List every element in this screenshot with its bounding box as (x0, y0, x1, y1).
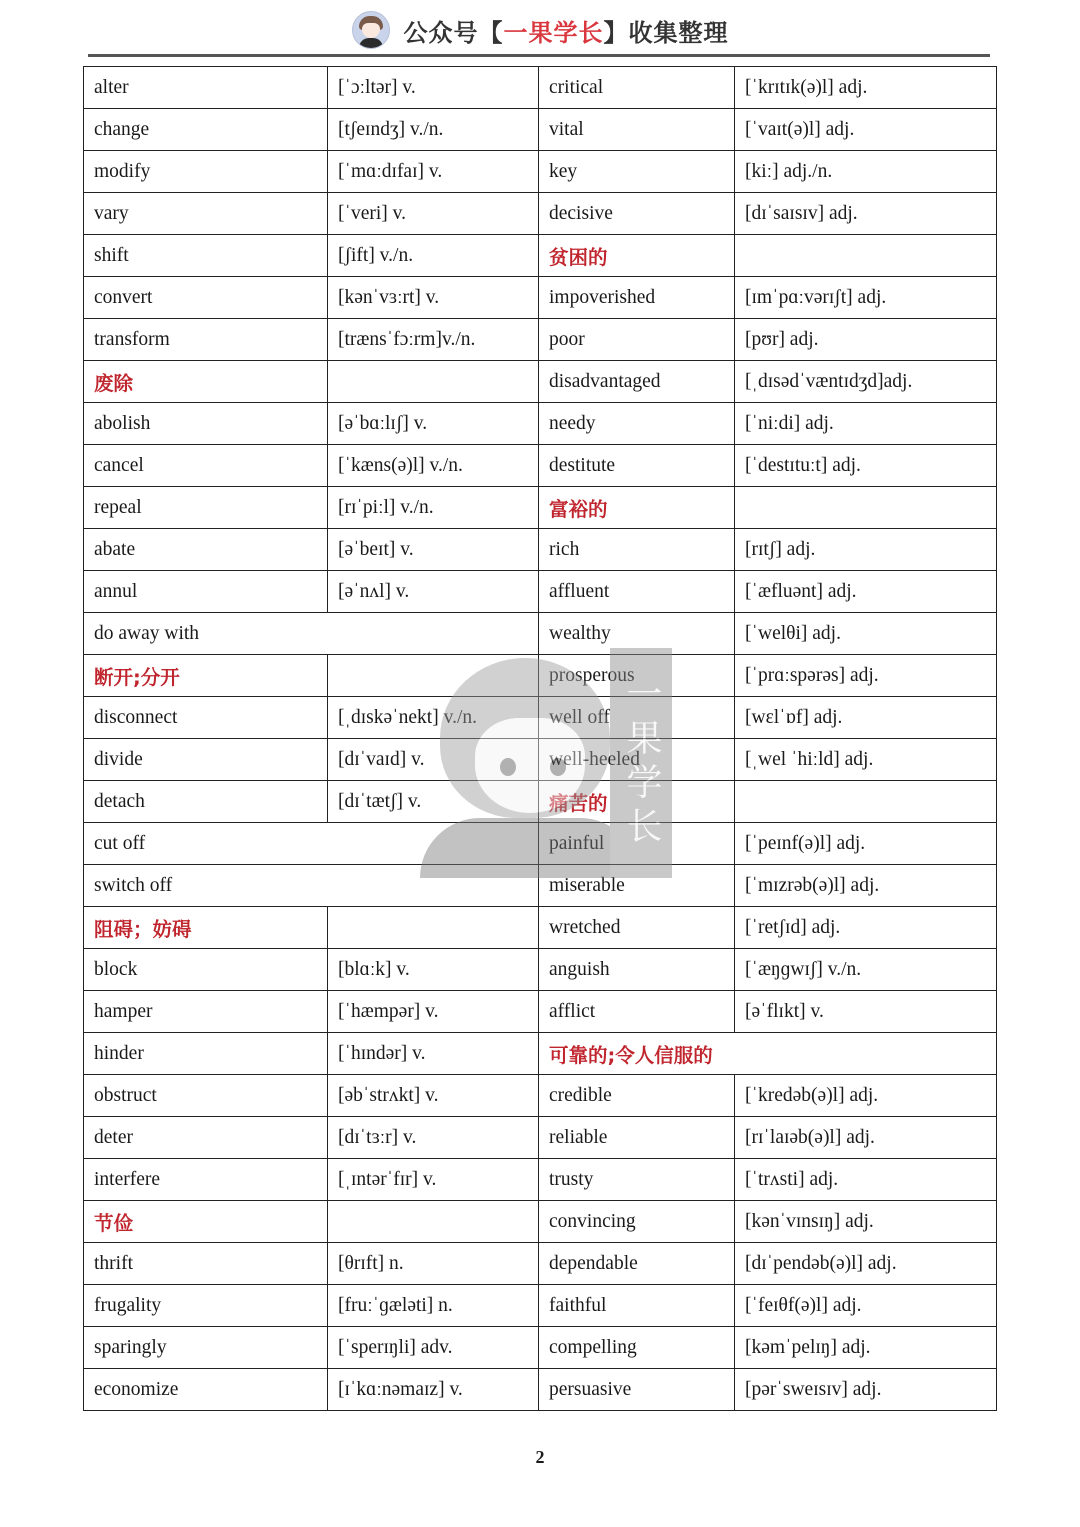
category-heading: 断开;分开 (84, 655, 328, 697)
word-cell: compelling (539, 1327, 735, 1369)
word-cell: anguish (539, 949, 735, 991)
word-cell: thrift (84, 1243, 328, 1285)
phonetic-cell: [trænsˈfɔːrm]v./n. (328, 319, 539, 361)
phonetic-cell: [ˌɪntərˈfɪr] v. (328, 1159, 539, 1201)
word-cell: credible (539, 1075, 735, 1117)
vocabulary-table: alter[ˈɔːltər] v.critical[ˈkrɪtɪk(ə)l] a… (83, 66, 997, 1411)
phonetic-cell: [əˈbɑːlɪʃ] v. (328, 403, 539, 445)
page-number: 2 (0, 1447, 1080, 1468)
word-cell: interfere (84, 1159, 328, 1201)
table-row: 阻碍；妨碍wretched[ˈretʃɪd] adj. (84, 907, 997, 949)
word-cell: rich (539, 529, 735, 571)
word-cell: annul (84, 571, 328, 613)
category-heading: 阻碍；妨碍 (84, 907, 328, 949)
header-title: 公众号【一果学长】收集整理 (404, 13, 729, 48)
table-row: 断开;分开prosperous[ˈprɑːspərəs] adj. (84, 655, 997, 697)
table-row: vary[ˈveri] v.decisive[dɪˈsaɪsɪv] adj. (84, 193, 997, 235)
phonetic-cell: [ˈretʃɪd] adj. (735, 907, 997, 949)
word-cell: abolish (84, 403, 328, 445)
table-row: obstruct[əbˈstrʌkt] v.credible[ˈkredəb(ə… (84, 1075, 997, 1117)
phonetic-cell: [dɪˈvaɪd] v. (328, 739, 539, 781)
phonetic-cell: [dɪˈtætʃ] v. (328, 781, 539, 823)
word-cell: vary (84, 193, 328, 235)
table-row: shift[ʃift] v./n.贫困的 (84, 235, 997, 277)
word-cell: do away with (84, 613, 539, 655)
word-cell: divide (84, 739, 328, 781)
word-cell: obstruct (84, 1075, 328, 1117)
word-cell: critical (539, 67, 735, 109)
word-cell: transform (84, 319, 328, 361)
word-cell: miserable (539, 865, 735, 907)
phonetic-cell: [ˈpeɪnf(ə)l] adj. (735, 823, 997, 865)
category-heading: 废除 (84, 361, 328, 403)
table-row: divide[dɪˈvaɪd] v.well-heeled[ˌwel ˈhiːl… (84, 739, 997, 781)
phonetic-cell: [ˈvaɪt(ə)l] adj. (735, 109, 997, 151)
phonetic-cell (328, 907, 539, 949)
phonetic-cell: [rɪˈlaɪəb(ə)l] adj. (735, 1117, 997, 1159)
word-cell: decisive (539, 193, 735, 235)
phonetic-cell: [ˈæfluənt] adj. (735, 571, 997, 613)
word-cell: sparingly (84, 1327, 328, 1369)
word-cell: wealthy (539, 613, 735, 655)
word-cell: destitute (539, 445, 735, 487)
word-cell: hinder (84, 1033, 328, 1075)
table-row: block[blɑːk] v.anguish[ˈæŋɡwɪʃ] v./n. (84, 949, 997, 991)
header-brand: 一果学长 (504, 19, 604, 47)
phonetic-cell: [ˈmɪzrəb(ə)l] adj. (735, 865, 997, 907)
word-cell: painful (539, 823, 735, 865)
table-row: modify[ˈmɑːdɪfaɪ] v.key[kiː] adj./n. (84, 151, 997, 193)
table-row: disconnect[ˌdɪskəˈnekt] v./n.well off[wɛ… (84, 697, 997, 739)
category-heading: 痛苦的 (539, 781, 735, 823)
word-cell: convincing (539, 1201, 735, 1243)
table-row: annul[əˈnʌl] v.affluent[ˈæfluənt] adj. (84, 571, 997, 613)
word-cell: afflict (539, 991, 735, 1033)
phonetic-cell: [ˌwel ˈhiːld] adj. (735, 739, 997, 781)
word-cell: deter (84, 1117, 328, 1159)
table-row: convert[kənˈvɜːrt] v.impoverished[ɪmˈpɑː… (84, 277, 997, 319)
phonetic-cell: [pərˈsweɪsɪv] adj. (735, 1369, 997, 1411)
phonetic-cell: [əˈnʌl] v. (328, 571, 539, 613)
phonetic-cell: [ˈkredəb(ə)l] adj. (735, 1075, 997, 1117)
word-cell: modify (84, 151, 328, 193)
word-cell: shift (84, 235, 328, 277)
phonetic-cell: [rɪˈpiːl] v./n. (328, 487, 539, 529)
phonetic-cell: [kənˈvɪnsɪŋ] adj. (735, 1201, 997, 1243)
phonetic-cell: [dɪˈtɜːr] v. (328, 1117, 539, 1159)
word-cell: well-heeled (539, 739, 735, 781)
word-cell: persuasive (539, 1369, 735, 1411)
phonetic-cell: [əˈflɪkt] v. (735, 991, 997, 1033)
category-heading: 可靠的;令人信服的 (539, 1033, 997, 1075)
table-row: economize[ɪˈkɑːnəmaɪz] v.persuasive[pərˈ… (84, 1369, 997, 1411)
word-cell: impoverished (539, 277, 735, 319)
word-cell: convert (84, 277, 328, 319)
word-cell: hamper (84, 991, 328, 1033)
phonetic-cell: [θrɪft] n. (328, 1243, 539, 1285)
phonetic-cell (735, 235, 997, 277)
avatar-icon (352, 11, 390, 49)
header-suffix: 】收集整理 (604, 19, 729, 47)
phonetic-cell: [ˈkæns(ə)l] v./n. (328, 445, 539, 487)
header-divider (88, 54, 990, 57)
vocabulary-table-body: alter[ˈɔːltər] v.critical[ˈkrɪtɪk(ə)l] a… (84, 67, 997, 1411)
phonetic-cell: [ˌdɪskəˈnekt] v./n. (328, 697, 539, 739)
table-row: do away withwealthy[ˈwelθi] adj. (84, 613, 997, 655)
phonetic-cell: [dɪˈsaɪsɪv] adj. (735, 193, 997, 235)
table-row: detach[dɪˈtætʃ] v.痛苦的 (84, 781, 997, 823)
phonetic-cell: [ˈmɑːdɪfaɪ] v. (328, 151, 539, 193)
word-cell: needy (539, 403, 735, 445)
phonetic-cell: [dɪˈpendəb(ə)l] adj. (735, 1243, 997, 1285)
phonetic-cell: [blɑːk] v. (328, 949, 539, 991)
phonetic-cell: [rɪtʃ] adj. (735, 529, 997, 571)
phonetic-cell: [əbˈstrʌkt] v. (328, 1075, 539, 1117)
phonetic-cell: [ˈdestɪtuːt] adj. (735, 445, 997, 487)
table-row: hamper[ˈhæmpər] v.afflict[əˈflɪkt] v. (84, 991, 997, 1033)
phonetic-cell: [ˈwelθi] adj. (735, 613, 997, 655)
phonetic-cell: [ˈhæmpər] v. (328, 991, 539, 1033)
word-cell: affluent (539, 571, 735, 613)
table-row: 废除disadvantaged[ˌdɪsədˈvæntɪdʒd]adj. (84, 361, 997, 403)
phonetic-cell: [ɪˈkɑːnəmaɪz] v. (328, 1369, 539, 1411)
word-cell: block (84, 949, 328, 991)
table-row: abolish[əˈbɑːlɪʃ] v.needy[ˈniːdi] adj. (84, 403, 997, 445)
table-row: switch offmiserable[ˈmɪzrəb(ə)l] adj. (84, 865, 997, 907)
table-row: deter[dɪˈtɜːr] v.reliable[rɪˈlaɪəb(ə)l] … (84, 1117, 997, 1159)
table-row: hinder[ˈhɪndər] v.可靠的;令人信服的 (84, 1033, 997, 1075)
word-cell: detach (84, 781, 328, 823)
word-cell: economize (84, 1369, 328, 1411)
word-cell: vital (539, 109, 735, 151)
table-row: interfere[ˌɪntərˈfɪr] v.trusty[ˈtrʌsti] … (84, 1159, 997, 1201)
category-heading: 贫困的 (539, 235, 735, 277)
page-header: 公众号【一果学长】收集整理 (0, 8, 1080, 52)
table-row: alter[ˈɔːltər] v.critical[ˈkrɪtɪk(ə)l] a… (84, 67, 997, 109)
phonetic-cell: [ʃift] v./n. (328, 235, 539, 277)
phonetic-cell (735, 487, 997, 529)
table-row: frugality[fruːˈɡæləti] n.faithful[ˈfeɪθf… (84, 1285, 997, 1327)
phonetic-cell: [ɪmˈpɑːvərɪʃt] adj. (735, 277, 997, 319)
word-cell: reliable (539, 1117, 735, 1159)
word-cell: cancel (84, 445, 328, 487)
table-row: thrift[θrɪft] n.dependable[dɪˈpendəb(ə)l… (84, 1243, 997, 1285)
phonetic-cell: [ˌdɪsədˈvæntɪdʒd]adj. (735, 361, 997, 403)
phonetic-cell: [ˈprɑːspərəs] adj. (735, 655, 997, 697)
table-row: transform[trænsˈfɔːrm]v./n.poor[pʊr] adj… (84, 319, 997, 361)
word-cell: well off (539, 697, 735, 739)
phonetic-cell: [ˈniːdi] adj. (735, 403, 997, 445)
table-row: repeal[rɪˈpiːl] v./n.富裕的 (84, 487, 997, 529)
phonetic-cell: [pʊr] adj. (735, 319, 997, 361)
category-heading: 富裕的 (539, 487, 735, 529)
header-prefix: 公众号【 (404, 19, 504, 47)
word-cell: alter (84, 67, 328, 109)
phonetic-cell: [əˈbeɪt] v. (328, 529, 539, 571)
table-row: cut offpainful[ˈpeɪnf(ə)l] adj. (84, 823, 997, 865)
word-cell: abate (84, 529, 328, 571)
word-cell: prosperous (539, 655, 735, 697)
table-row: change[tʃeɪndʒ] v./n.vital[ˈvaɪt(ə)l] ad… (84, 109, 997, 151)
word-cell: trusty (539, 1159, 735, 1201)
table-row: 节俭convincing[kənˈvɪnsɪŋ] adj. (84, 1201, 997, 1243)
phonetic-cell: [ˈsperɪŋli] adv. (328, 1327, 539, 1369)
word-cell: poor (539, 319, 735, 361)
phonetic-cell: [kənˈvɜːrt] v. (328, 277, 539, 319)
phonetic-cell: [ˈkrɪtɪk(ə)l] adj. (735, 67, 997, 109)
word-cell: dependable (539, 1243, 735, 1285)
table-row: cancel[ˈkæns(ə)l] v./n.destitute[ˈdestɪt… (84, 445, 997, 487)
category-heading: 节俭 (84, 1201, 328, 1243)
phonetic-cell: [kəmˈpelɪŋ] adj. (735, 1327, 997, 1369)
table-row: abate[əˈbeɪt] v.rich[rɪtʃ] adj. (84, 529, 997, 571)
word-cell: disadvantaged (539, 361, 735, 403)
word-cell: switch off (84, 865, 539, 907)
phonetic-cell: [kiː] adj./n. (735, 151, 997, 193)
word-cell: faithful (539, 1285, 735, 1327)
word-cell: change (84, 109, 328, 151)
word-cell: disconnect (84, 697, 328, 739)
phonetic-cell: [wɛlˈɒf] adj. (735, 697, 997, 739)
word-cell: repeal (84, 487, 328, 529)
word-cell: key (539, 151, 735, 193)
phonetic-cell: [ˈveri] v. (328, 193, 539, 235)
word-cell: cut off (84, 823, 539, 865)
phonetic-cell: [fruːˈɡæləti] n. (328, 1285, 539, 1327)
phonetic-cell (735, 781, 997, 823)
phonetic-cell: [tʃeɪndʒ] v./n. (328, 109, 539, 151)
table-row: sparingly[ˈsperɪŋli] adv.compelling[kəmˈ… (84, 1327, 997, 1369)
phonetic-cell: [ˈhɪndər] v. (328, 1033, 539, 1075)
phonetic-cell: [ˈɔːltər] v. (328, 67, 539, 109)
word-cell: wretched (539, 907, 735, 949)
phonetic-cell: [ˈtrʌsti] adj. (735, 1159, 997, 1201)
phonetic-cell (328, 1201, 539, 1243)
word-cell: frugality (84, 1285, 328, 1327)
phonetic-cell: [ˈæŋɡwɪʃ] v./n. (735, 949, 997, 991)
phonetic-cell (328, 655, 539, 697)
phonetic-cell: [ˈfeɪθf(ə)l] adj. (735, 1285, 997, 1327)
phonetic-cell (328, 361, 539, 403)
